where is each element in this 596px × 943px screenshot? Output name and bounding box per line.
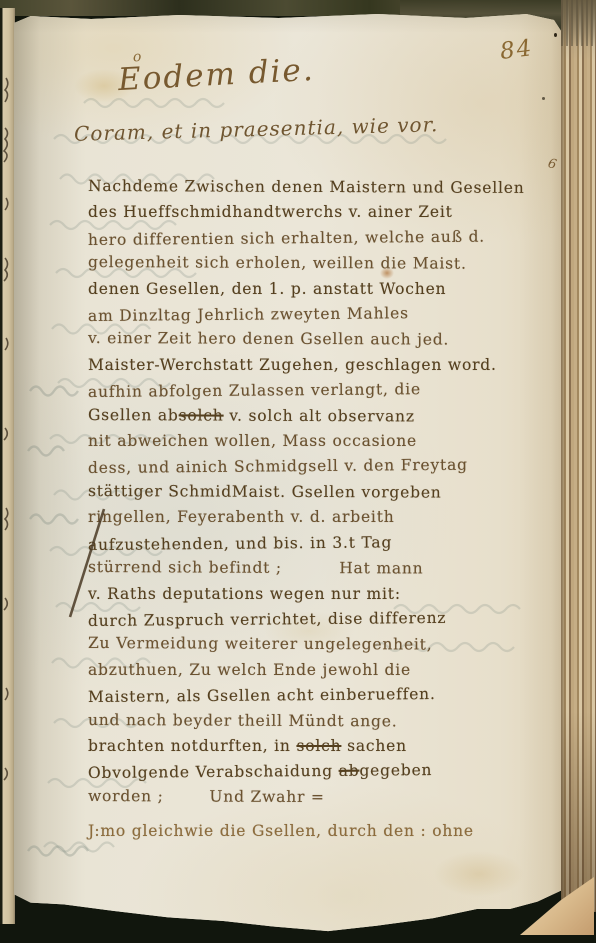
line-text: v. einer Zeit hero denen Gsellen auch je… [88, 329, 449, 349]
manuscript-line: gelegenheit sich erholen, weillen die Ma… [88, 250, 550, 277]
line-text: des Hueffschmidhandtwerchs v. ainer Zeit [88, 203, 453, 221]
manuscript-line: v. einer Zeit hero denen Gsellen auch je… [88, 326, 550, 353]
manuscript-line: und nach beyder theill Mündt ange. [88, 708, 550, 735]
manuscript-photo: 84 o Eodem die. Coram, et in praesentia,… [0, 0, 596, 943]
line-text: sachen [341, 737, 407, 755]
margin-ink-mark: 6 [546, 156, 558, 173]
line-text: Maistern, als Gsellen acht einberueffen. [88, 685, 436, 706]
line-text: hero differentien sich erhalten, welche … [88, 227, 485, 248]
line-text: Nachdeme Zwischen denen Maistern und Ges… [88, 177, 525, 197]
manuscript-line: Maister-Werchstatt Zugehen, geschlagen w… [88, 353, 550, 378]
line-text: nit abweichen wollen, Mass occasione [88, 432, 417, 450]
line-text: stättiger SchmidMaist. Gsellen vorgeben [88, 482, 442, 502]
ink-speck [554, 33, 557, 37]
line-text: stürrend sich befindt ; Hat mann [88, 558, 424, 577]
manuscript-line: v. Raths deputations wegen nur mit: [88, 582, 550, 607]
line-text: Obvolgende Verabschaidung [88, 762, 339, 782]
manuscript-line: ringellen, Feyerabenth v. d. arbeith [88, 505, 550, 530]
line-text: dess, und ainich Schmidgsell v. den Frey… [88, 456, 468, 477]
manuscript-line: aufzustehenden, und bis. in 3.t Tag [88, 529, 550, 558]
line-text: aufzustehenden, und bis. in 3.t Tag [88, 533, 392, 554]
line-text: abzuthuen, Zu welch Ende jewohl die [88, 661, 411, 679]
line-text: und nach beyder theill Mündt ange. [88, 711, 398, 730]
struck-through-text: solch [296, 737, 341, 755]
manuscript-line: des Hueffschmidhandtwerchs v. ainer Zeit [88, 200, 550, 225]
previous-page-ink-fragments [0, 8, 15, 924]
line-text: brachten notdurften, in [88, 737, 296, 755]
previous-page-edge [0, 8, 15, 924]
page-number: 84 [499, 35, 535, 65]
struck-through-text: solch [179, 406, 224, 424]
line-text: Zu Vermeidung weiterer ungelegenheit, [88, 634, 433, 654]
ink-speck [542, 97, 545, 100]
line-text: v. solch alt observanz [224, 406, 415, 425]
manuscript-line: Gsellen absolch v. solch alt observanz [88, 403, 550, 430]
line-text: Gsellen ab [88, 406, 179, 424]
manuscript-line: J:mo gleichwie die Gsellen, durch den : … [88, 819, 550, 844]
manuscript-line: stättiger SchmidMaist. Gsellen vorgeben [88, 479, 550, 506]
manuscript-line: stürrend sich befindt ; Hat mann [88, 555, 550, 582]
book-fore-edge [561, 0, 596, 912]
manuscript-line: Obvolgende Verabschaidung abgegeben [88, 757, 550, 786]
section-heading: o Eodem die. [117, 52, 315, 98]
line-text: gelegenheit sich erholen, weillen die Ma… [88, 253, 467, 273]
line-text: aufhin abfolgen Zulassen verlangt, die [88, 380, 421, 401]
manuscript-line: abzuthuen, Zu welch Ende jewohl die [88, 658, 550, 683]
manuscript-line: hero differentien sich erhalten, welche … [88, 224, 550, 253]
line-text: v. Raths deputations wegen nur mit: [88, 585, 401, 603]
struck-through-text: ab [339, 762, 360, 780]
manuscript-line: denen Gesellen, den 1. p. anstatt Wochen [88, 277, 550, 302]
line-text: J:mo gleichwie die Gsellen, durch den : … [88, 822, 474, 840]
manuscript-line: aufhin abfolgen Zulassen verlangt, die [88, 376, 550, 405]
line-text: ringellen, Feyerabenth v. d. arbeith [88, 508, 395, 526]
body-text: Nachdeme Zwischen denen Maistern und Ges… [88, 175, 550, 845]
heading-text: Eodem die. [117, 52, 315, 98]
line-text: Maister-Werchstatt Zugehen, geschlagen w… [88, 356, 497, 374]
heading-flourish: o [133, 49, 144, 66]
manuscript-line: durch Zuspruch verrichtet, dise differen… [88, 605, 550, 634]
manuscript-line: am Dinzltag Jehrlich zweyten Mahles [88, 300, 550, 329]
paper-stain [434, 851, 524, 897]
line-text: durch Zuspruch verrichtet, dise differen… [88, 609, 447, 630]
manuscript-page: 84 o Eodem die. Coram, et in praesentia,… [14, 11, 565, 933]
manuscript-line: nit abweichen wollen, Mass occasione [88, 429, 550, 454]
salutation-line: Coram, et in praesentia, wie vor. [74, 112, 439, 146]
line-text: gegeben [359, 761, 432, 780]
manuscript-line: Nachdeme Zwischen denen Maistern und Ges… [88, 174, 550, 201]
manuscript-line: brachten notdurften, in solch sachen [88, 734, 550, 759]
line-text: am Dinzltag Jehrlich zweyten Mahles [88, 304, 409, 325]
manuscript-line: dess, und ainich Schmidgsell v. den Frey… [88, 452, 550, 481]
manuscript-line: Maistern, als Gsellen acht einberueffen. [88, 681, 550, 710]
manuscript-line: worden ; Und Zwahr = [88, 784, 550, 811]
line-text: worden ; Und Zwahr = [88, 787, 325, 806]
line-text: denen Gesellen, den 1. p. anstatt Wochen [88, 280, 446, 298]
manuscript-line: Zu Vermeidung weiterer ungelegenheit, [88, 631, 550, 658]
